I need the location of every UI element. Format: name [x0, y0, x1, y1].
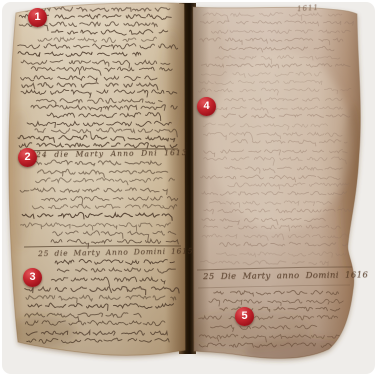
marker-3: 3 — [23, 268, 42, 287]
marker-4: 4 — [197, 97, 216, 116]
right-page-heading-1616: 25 Die Marty anno Domini 1616 — [203, 270, 368, 282]
marker-2: 2 — [18, 148, 37, 167]
left-page-shading — [9, 3, 185, 355]
photo-frame: 1611 24 die Marty Anno Dni 1613 25 die M… — [0, 0, 377, 376]
manuscript-photo: 1611 24 die Marty Anno Dni 1613 25 die M… — [0, 0, 377, 376]
corner-year-note: 1611 — [297, 3, 319, 13]
marker-5: 5 — [235, 307, 254, 326]
manuscript-artwork — [0, 0, 377, 376]
marker-1: 1 — [28, 8, 47, 27]
